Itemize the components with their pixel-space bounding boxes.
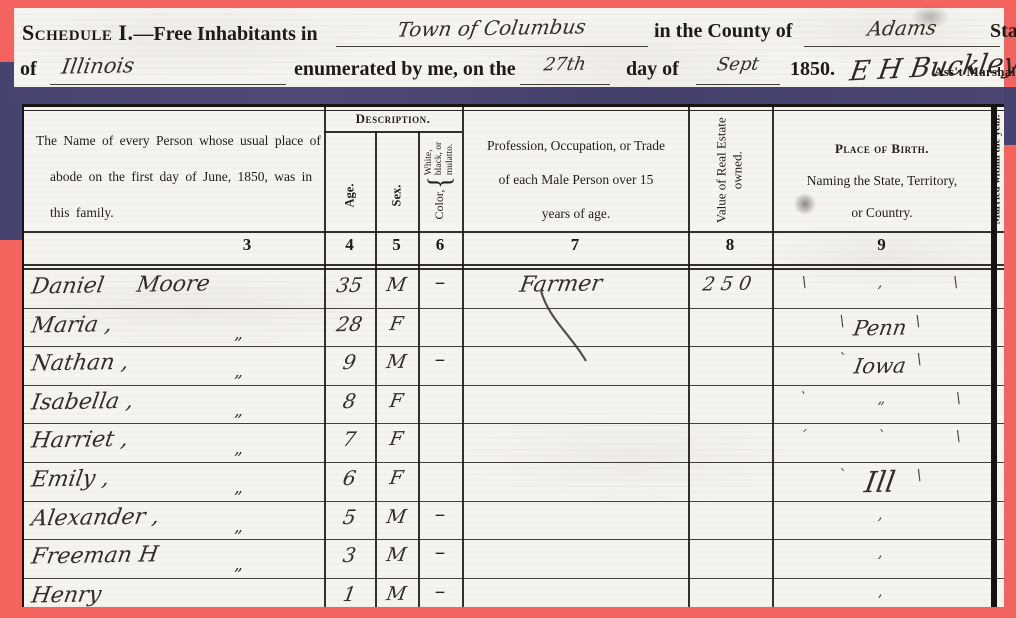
- state-field: Illinois: [50, 54, 286, 85]
- age-value: 1: [322, 581, 377, 606]
- column-number-9: 9: [772, 235, 991, 265]
- column-number-3: 3: [152, 235, 342, 265]
- real-estate-value: [688, 465, 772, 466]
- real-estate-value: [688, 504, 772, 505]
- rule-header-bottom: [22, 231, 1004, 233]
- age-value: 3: [322, 543, 377, 568]
- age-column-heading: Age.: [324, 163, 375, 227]
- month-field: Sept: [696, 54, 780, 85]
- form-header-strip: Schedule I.—Free Inhabitants in Town of …: [14, 8, 1004, 87]
- table-row: Maria , „ 28 F \ \ Penn: [22, 309, 1004, 348]
- profession-value: Farmer: [518, 271, 604, 297]
- county-value: Adams: [866, 15, 938, 40]
- sex-value: M: [373, 351, 420, 374]
- person-name: Maria ,: [30, 308, 325, 338]
- birthplace-title: Place of Birth.: [777, 133, 987, 165]
- ditto-mark: „: [234, 555, 243, 575]
- table-row: Henry 1 M – ‚: [22, 579, 1004, 607]
- birthplace-ticks: ‚: [774, 582, 986, 600]
- age-value: 7: [322, 427, 377, 452]
- sex-value: F: [373, 428, 420, 451]
- birthplace-value: Iowa: [772, 352, 988, 380]
- rule-right-edge: [991, 107, 997, 607]
- mat-strip-horizontal: [0, 87, 1016, 104]
- table-row: Freeman H „ 3 M – ‚: [22, 540, 1004, 579]
- sex-value: M: [373, 582, 420, 605]
- place-field: Town of Columbus: [336, 16, 648, 47]
- column-number-7: 7: [462, 235, 688, 265]
- real-estate-value: [688, 427, 772, 428]
- color-mark: –: [418, 347, 462, 371]
- real-estate-value: [688, 542, 772, 543]
- person-name: Henry: [30, 578, 325, 607]
- table-row: Daniel Moore 35 M – Farmer 250 \ , \: [22, 270, 1004, 309]
- sex-value: F: [373, 467, 420, 490]
- birthplace-ticks: ‚: [774, 505, 986, 523]
- birthplace-ticks: ´ ` \: [774, 427, 986, 445]
- sex-value: M: [373, 544, 420, 567]
- state-label-clipped: State: [990, 20, 1016, 50]
- ditto-mark: „: [234, 362, 243, 382]
- county-field: Adams: [804, 16, 1000, 47]
- age-value: 35: [322, 273, 377, 298]
- color-column-heading: Color, { White, black, or mulatto.: [418, 131, 462, 231]
- real-estate-value: [688, 349, 772, 350]
- day-field: 27th: [520, 54, 610, 85]
- marshal-label: Ass't Marshal: [934, 64, 1016, 94]
- person-name: Alexander ,: [30, 501, 325, 531]
- place-value: Town of Columbus: [396, 14, 588, 41]
- ditto-mark: „: [234, 478, 243, 498]
- real-estate-column-heading: Value of Real Estate owned.: [688, 109, 772, 231]
- day-value: 27th: [542, 54, 587, 76]
- census-scan-page: Schedule I.—Free Inhabitants in Town of …: [0, 0, 1016, 618]
- age-value: 9: [322, 350, 377, 375]
- color-mark: –: [418, 579, 462, 603]
- table-rows: Daniel Moore 35 M – Farmer 250 \ , \ Mar…: [22, 270, 1004, 607]
- sex-value: F: [373, 389, 420, 412]
- ditto-mark: „: [234, 401, 243, 421]
- age-value: 8: [322, 388, 377, 413]
- name-column-heading: The Name of every Person whose usual pla…: [34, 123, 328, 231]
- color-mark: –: [418, 502, 462, 526]
- table-row: Emily , „ 6 F ` \ Ill: [22, 463, 1004, 502]
- day-of-label: day of: [626, 58, 679, 88]
- table-row: Alexander , „ 5 M – ‚: [22, 502, 1004, 541]
- of-label: of: [20, 58, 37, 88]
- birthplace-column-heading: Place of Birth. Naming the State, Territ…: [777, 133, 987, 229]
- table-row: Nathan , „ 9 M – ` \ Iowa: [22, 347, 1004, 386]
- real-estate-value: [688, 388, 772, 389]
- mat-strip-right: [1004, 87, 1016, 145]
- age-value: 5: [322, 504, 377, 529]
- description-group-heading: Description.: [324, 111, 462, 127]
- person-name: Emily ,: [30, 462, 325, 492]
- color-label: Color,: [433, 190, 448, 220]
- person-name: Harriet ,: [30, 424, 325, 454]
- real-estate-value: 250: [686, 272, 774, 295]
- ditto-mark: „: [234, 439, 243, 459]
- column-number-5: 5: [375, 235, 418, 265]
- county-label: in the County of: [654, 20, 792, 50]
- birthplace-value: Penn: [772, 314, 988, 342]
- sex-value: M: [373, 505, 420, 528]
- birthplace-ticks: \ , \: [774, 273, 986, 291]
- birthplace-value: Ill: [771, 463, 989, 501]
- schedule-label: Schedule I.: [22, 20, 133, 45]
- sex-value: M: [373, 274, 420, 297]
- table-row: Isabella , „ 8 F ` „ \: [22, 386, 1004, 425]
- person-name: Isabella ,: [30, 385, 325, 415]
- state-value: Illinois: [60, 53, 136, 78]
- table-row: Harriet , „ 7 F ´ ` \: [22, 424, 1004, 463]
- ditto-mark: „: [234, 517, 243, 537]
- birthplace-ticks: ‚: [774, 543, 986, 561]
- month-value: Sept: [715, 54, 760, 76]
- color-mark: –: [418, 540, 462, 564]
- column-number-8: 8: [688, 235, 772, 265]
- column-number-4: 4: [324, 235, 375, 265]
- age-value: 6: [322, 466, 377, 491]
- birthplace-ticks: ` „ \: [774, 389, 986, 407]
- real-estate-value: [688, 581, 772, 582]
- color-mark: –: [418, 270, 462, 294]
- column-number-6: 6: [418, 235, 462, 265]
- person-name: Daniel Moore: [30, 269, 325, 299]
- enumerated-label: enumerated by me, on the: [294, 58, 516, 88]
- married-column-heading-clipped: Married within the year.: [975, 107, 1004, 231]
- sex-value: F: [373, 312, 420, 335]
- person-name: Freeman H: [30, 540, 325, 570]
- profession-column-heading: Profession, Occupation, or Trade of each…: [470, 129, 682, 231]
- census-table: The Name of every Person whose usual pla…: [22, 104, 1004, 607]
- year-label: 1850.: [790, 58, 835, 88]
- real-estate-value: [688, 311, 772, 312]
- person-name: Nathan ,: [30, 347, 325, 377]
- age-value: 28: [322, 311, 377, 336]
- sex-column-heading: Sex.: [375, 163, 418, 227]
- color-brace: {: [422, 176, 458, 188]
- schedule-title: —Free Inhabitants in: [133, 23, 317, 45]
- ditto-mark: „: [234, 324, 243, 344]
